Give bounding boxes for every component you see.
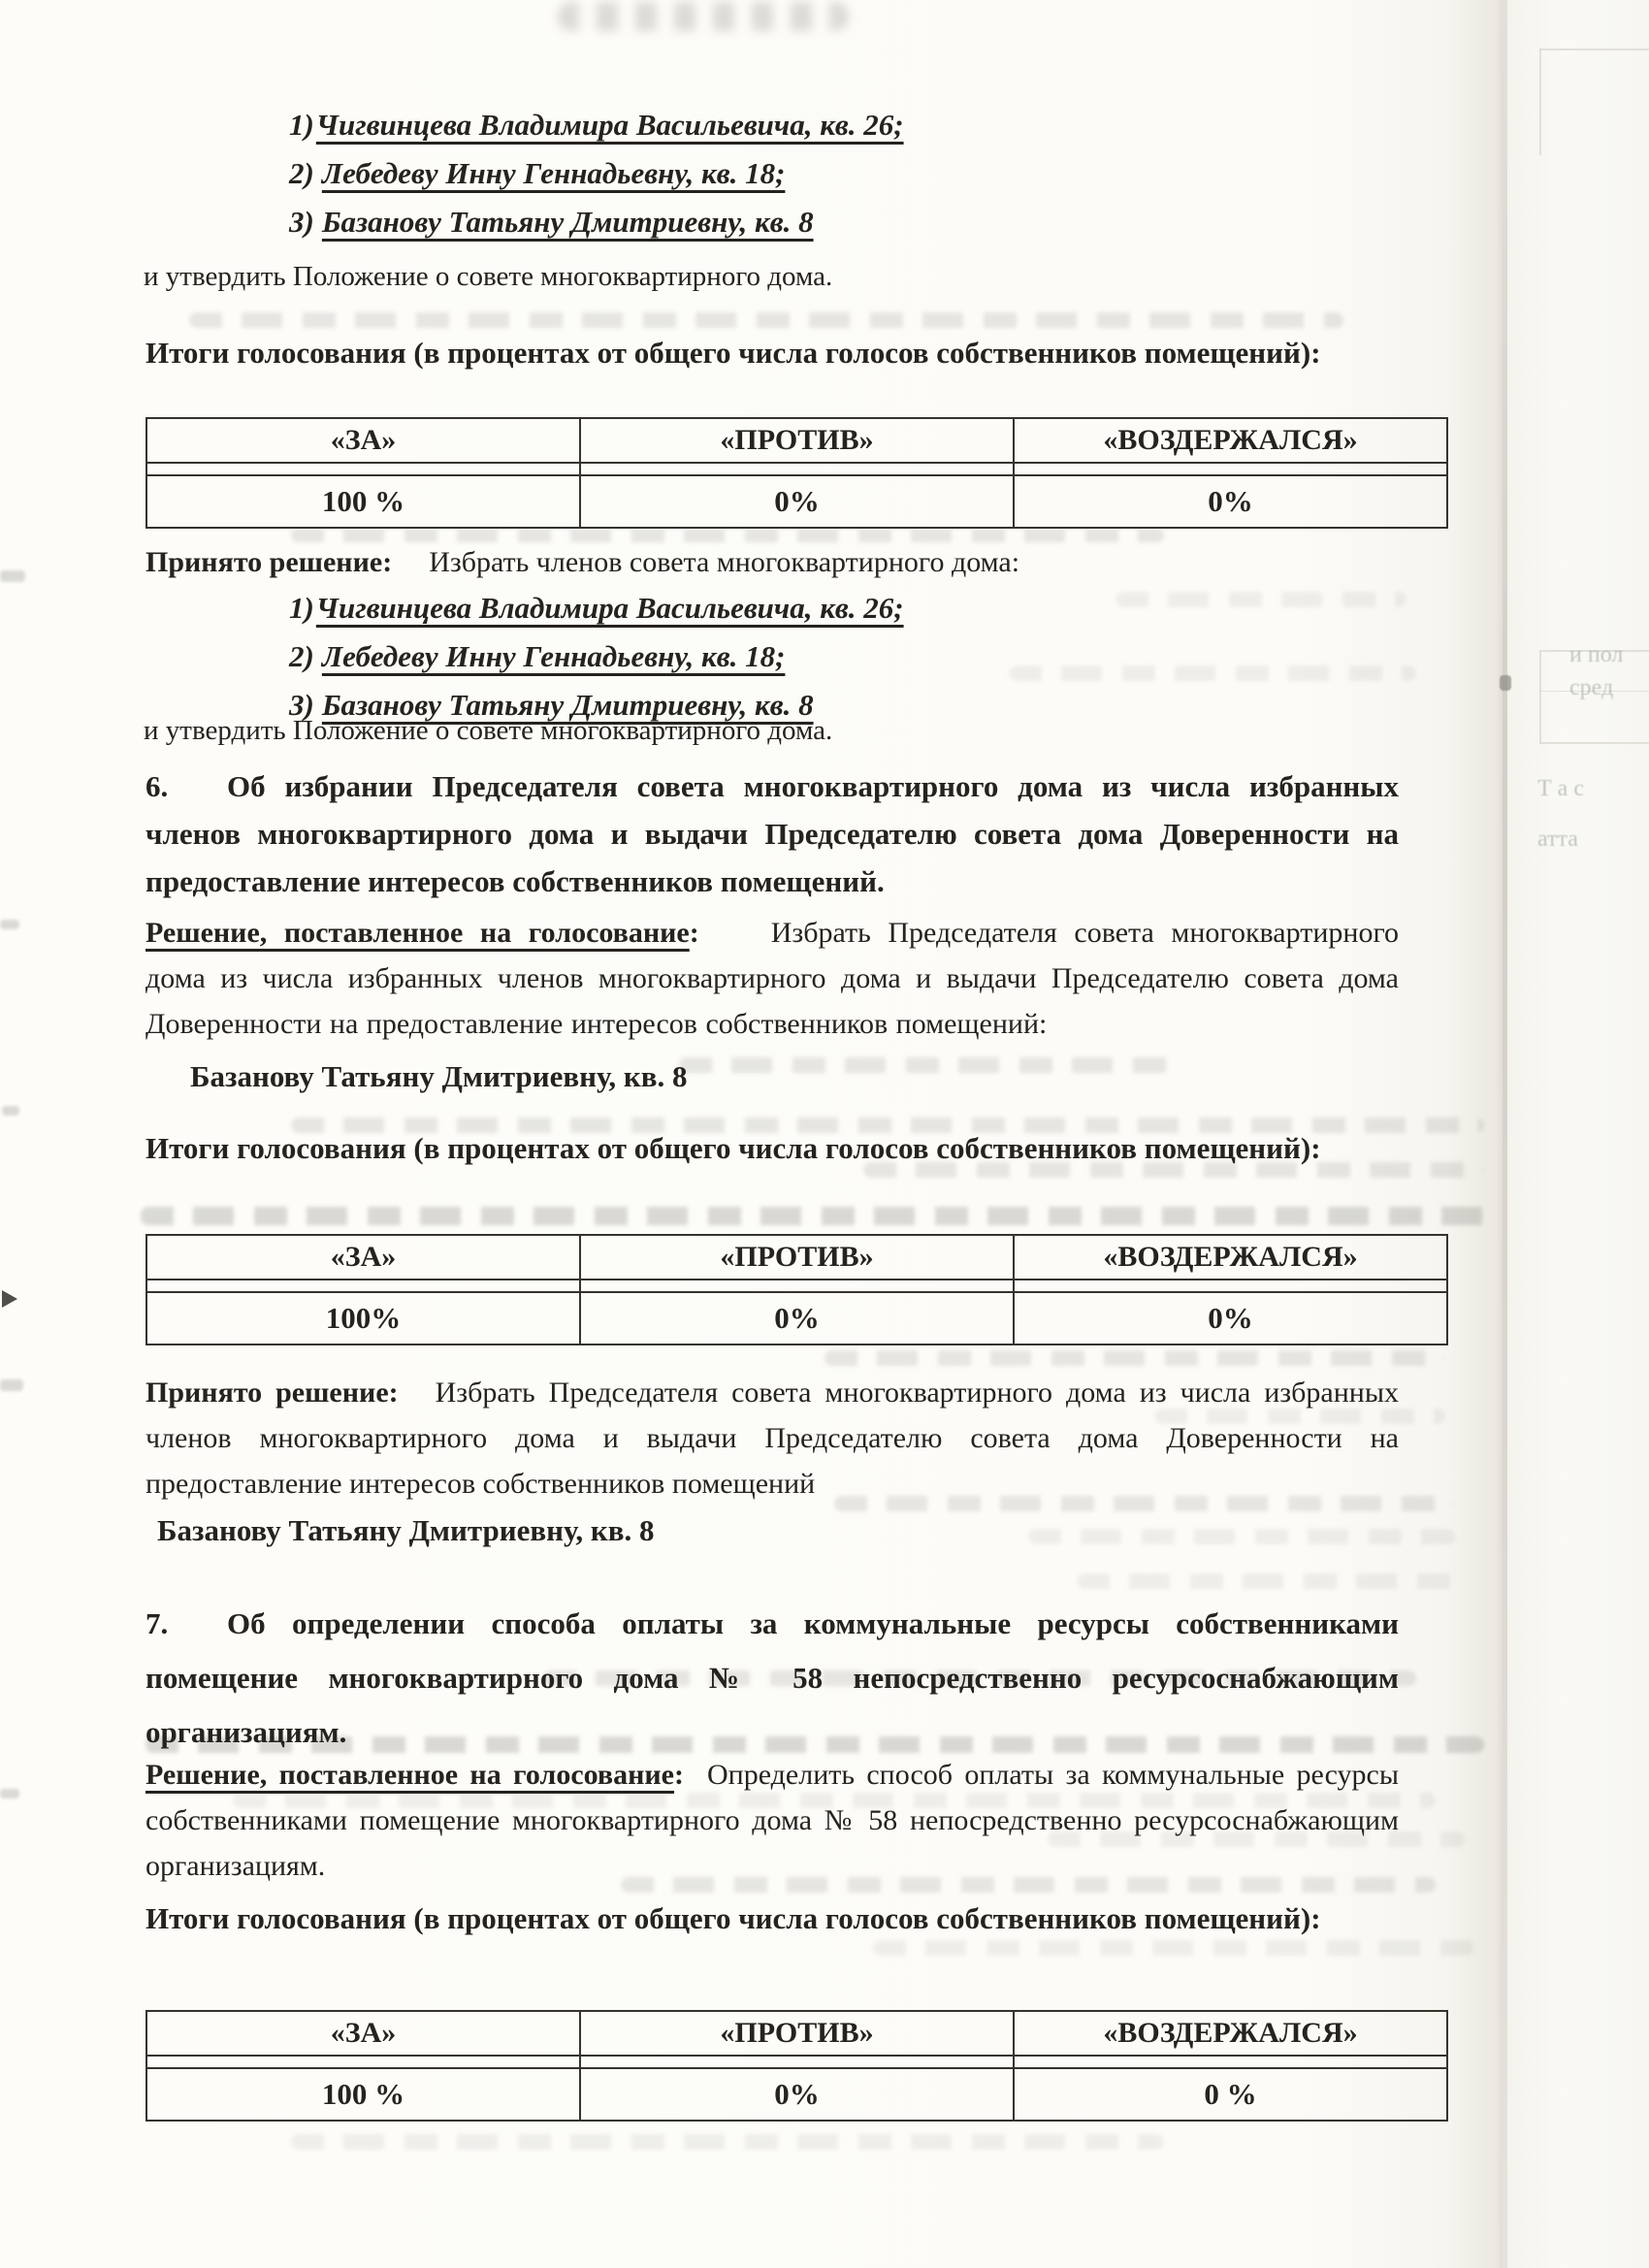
vote-abstained-header-cell: «ВОЗДЕРЖАЛСЯ»	[1014, 418, 1447, 463]
ballot-paragraph-q6: Решение, поставленное на голосование:Изб…	[145, 910, 1399, 1047]
adjacent-page-text-fragment: и пол	[1569, 642, 1623, 668]
scan-mark	[0, 1379, 23, 1391]
nominee-line: Базанову Татьяну Дмитриевну, кв. 8	[190, 1059, 1443, 1094]
vote-for-header-cell: «ЗА»	[146, 2011, 580, 2056]
scan-mark	[0, 570, 25, 582]
table-spacer-cell	[146, 463, 580, 475]
vote-against-header-cell: «ПРОТИВ»	[580, 1235, 1014, 1280]
document-sheet: 1)Чигвинцева Владимира Васильевича, кв. …	[0, 0, 1505, 2268]
ballot-label: Решение, поставленное на голосование	[145, 917, 690, 949]
scan-mark	[0, 1789, 19, 1798]
vote-against-value: 0%	[580, 2068, 1014, 2121]
ghost-table-line	[1539, 650, 1541, 744]
vote-for-header-cell: «ЗА»	[146, 1235, 580, 1280]
vote-for-value: 100 %	[146, 2068, 580, 2121]
vote-for-value: 100%	[146, 1292, 580, 1345]
approve-regulation-text-repeat: и утвердить Положение о совете многоквар…	[144, 708, 1397, 753]
voting-results-heading: Итоги голосования (в процентах от общего…	[145, 328, 1348, 378]
council-member-line: 2)Лебедеву Инну Геннадьевну, кв. 18;	[289, 632, 1356, 681]
decision-intro: Избрать членов совета многоквартирного д…	[429, 546, 1019, 578]
adjacent-page-text-fragment: атта	[1537, 826, 1578, 853]
adjacent-page-strip	[1507, 0, 1649, 2268]
member-number: 2)	[289, 156, 314, 190]
table-spacer-cell	[146, 2056, 580, 2068]
scan-mark	[0, 920, 19, 929]
table-spacer-cell	[580, 1280, 1014, 1292]
vote-for-header-cell: «ЗА»	[146, 418, 580, 463]
section-number: 6.	[145, 762, 227, 810]
decision-label: Принято решение:	[145, 1377, 399, 1409]
bleedthrough-smudge	[1077, 1573, 1465, 1589]
adjacent-page-text-fragment: сред	[1569, 675, 1613, 701]
decision-label: Принято решение:	[145, 546, 392, 578]
section-6-heading: 6.Об избрании Председателя совета многок…	[145, 762, 1399, 905]
section-7-heading: 7.Об определении способа оплаты за комму…	[145, 1597, 1399, 1760]
ghost-table-line	[1539, 49, 1541, 155]
ghost-table-line	[1539, 49, 1649, 50]
member-number: 1)	[289, 591, 314, 625]
vote-table-q5: «ЗА» «ПРОТИВ» «ВОЗДЕРЖАЛСЯ» 100 % 0% 0%	[145, 417, 1448, 529]
scanned-protocol-page: 1)Чигвинцева Владимира Васильевича, кв. …	[0, 0, 1649, 2268]
margin-arrow-mark	[2, 1290, 17, 1308]
council-members-list: 1)Чигвинцева Владимира Васильевича, кв. …	[289, 101, 1356, 246]
fold-speck	[1500, 675, 1511, 691]
bleedthrough-smudge	[141, 1207, 1489, 1225]
council-member-line: 1)Чигвинцева Владимира Васильевича, кв. …	[289, 584, 1356, 632]
member-name: Чигвинцева Владимира Васильевича, кв. 26…	[316, 108, 904, 142]
bleedthrough-smudge	[291, 2134, 1164, 2150]
vote-against-value: 0%	[580, 475, 1014, 528]
table-spacer-cell	[580, 463, 1014, 475]
vote-table-q7: «ЗА» «ПРОТИВ» «ВОЗДЕРЖАЛСЯ» 100 % 0% 0 %	[145, 2010, 1448, 2122]
member-number: 3)	[289, 205, 314, 239]
table-spacer-cell	[1014, 463, 1447, 475]
scan-artifact-top	[558, 2, 849, 31]
member-name: Чигвинцева Владимира Васильевича, кв. 26…	[316, 591, 904, 625]
vote-against-value: 0%	[580, 1292, 1014, 1345]
member-name: Базанову Татьяну Дмитриевну, кв. 8	[322, 205, 814, 239]
nominee-line-repeat: Базанову Татьяну Дмитриевну, кв. 8	[157, 1513, 1410, 1548]
council-member-line: 3)Базанову Татьяну Дмитриевну, кв. 8	[289, 198, 1356, 246]
bleedthrough-smudge	[824, 1350, 1445, 1366]
section-heading-text: Об определении способа оплаты за коммуна…	[145, 1606, 1399, 1749]
vote-abstained-value: 0%	[1014, 475, 1447, 528]
section-number: 7.	[145, 1597, 227, 1651]
member-number: 1)	[289, 108, 314, 142]
table-spacer-cell	[1014, 2056, 1447, 2068]
vote-against-header-cell: «ПРОТИВ»	[580, 2011, 1014, 2056]
decision-paragraph-q6: Принято решение:Избрать Председателя сов…	[145, 1370, 1399, 1507]
adjacent-page-text-fragment: Т а с	[1537, 776, 1584, 802]
member-name: Лебедеву Инну Геннадьевну, кв. 18;	[322, 156, 786, 190]
bleedthrough-smudge	[189, 312, 1343, 328]
council-member-line: 1)Чигвинцева Владимира Васильевича, кв. …	[289, 101, 1356, 149]
vote-abstained-header-cell: «ВОЗДЕРЖАЛСЯ»	[1014, 2011, 1447, 2056]
ballot-paragraph-q7: Решение, поставленное на голосование:Опр…	[145, 1752, 1399, 1889]
scan-mark	[2, 1106, 19, 1116]
member-name: Лебедеву Инну Геннадьевну, кв. 18;	[322, 639, 786, 673]
member-number: 2)	[289, 639, 314, 673]
council-member-line: 2)Лебедеву Инну Геннадьевну, кв. 18;	[289, 149, 1356, 198]
vote-table-q6: «ЗА» «ПРОТИВ» «ВОЗДЕРЖАЛСЯ» 100% 0% 0%	[145, 1234, 1448, 1345]
vote-abstained-value: 0 %	[1014, 2068, 1447, 2121]
section-heading-text: Об избрании Председателя совета многоква…	[145, 769, 1399, 898]
vote-abstained-header-cell: «ВОЗДЕРЖАЛСЯ»	[1014, 1235, 1447, 1280]
approve-regulation-text: и утвердить Положение о совете многоквар…	[144, 254, 1397, 299]
table-spacer-cell	[1014, 1280, 1447, 1292]
vote-for-value: 100 %	[146, 475, 580, 528]
vote-against-header-cell: «ПРОТИВ»	[580, 418, 1014, 463]
ballot-colon: :	[674, 1759, 684, 1791]
voting-results-heading: Итоги голосования (в процентах от общего…	[145, 1894, 1348, 1944]
ghost-table-line	[1539, 742, 1649, 744]
vote-abstained-value: 0%	[1014, 1292, 1447, 1345]
ballot-label: Решение, поставленное на голосование	[145, 1759, 674, 1791]
voting-results-heading: Итоги голосования (в процентах от общего…	[145, 1123, 1348, 1174]
ballot-colon: :	[690, 917, 699, 949]
decision-paragraph-q5: Принято решение:Избрать членов совета мн…	[145, 539, 1399, 585]
table-spacer-cell	[146, 1280, 580, 1292]
table-spacer-cell	[580, 2056, 1014, 2068]
